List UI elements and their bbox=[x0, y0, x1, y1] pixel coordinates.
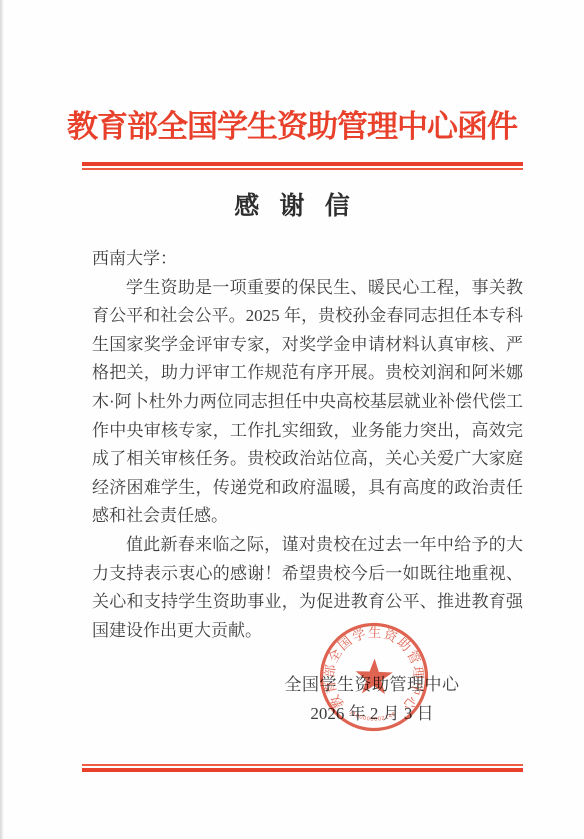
paragraph-2: 值此新春来临之际，谨对贵校在过去一年中给予的大力支持表示衷心的感谢！希望贵校今后… bbox=[92, 531, 523, 645]
svg-text:1100000002148: 1100000002148 bbox=[348, 710, 398, 724]
document-title: 感 谢 信 bbox=[0, 186, 584, 222]
letter-body: 西南大学： 学生资助是一项重要的保民生、暖民心工程，事关教育公平和社会公平。20… bbox=[92, 245, 523, 645]
salutation: 西南大学： bbox=[92, 245, 523, 274]
footer-rule bbox=[82, 764, 523, 772]
seal-star-icon bbox=[355, 658, 393, 695]
seal-serial-number: 1100000002148 bbox=[348, 710, 398, 724]
letter-page: 教育部全国学生资助管理中心函件 感 谢 信 西南大学： 学生资助是一项重要的保民… bbox=[0, 0, 584, 839]
footer-rule-thick-line bbox=[82, 768, 523, 772]
official-seal: 教育部全国学生资助管理中心 1100000002148 bbox=[315, 618, 433, 736]
letterhead-title: 教育部全国学生资助管理中心函件 bbox=[0, 101, 584, 146]
header-rule bbox=[82, 162, 523, 170]
paragraph-1: 学生资助是一项重要的保民生、暖民心工程，事关教育公平和社会公平。2025 年，贵… bbox=[92, 274, 523, 531]
header-rule-thin-line bbox=[82, 168, 523, 170]
